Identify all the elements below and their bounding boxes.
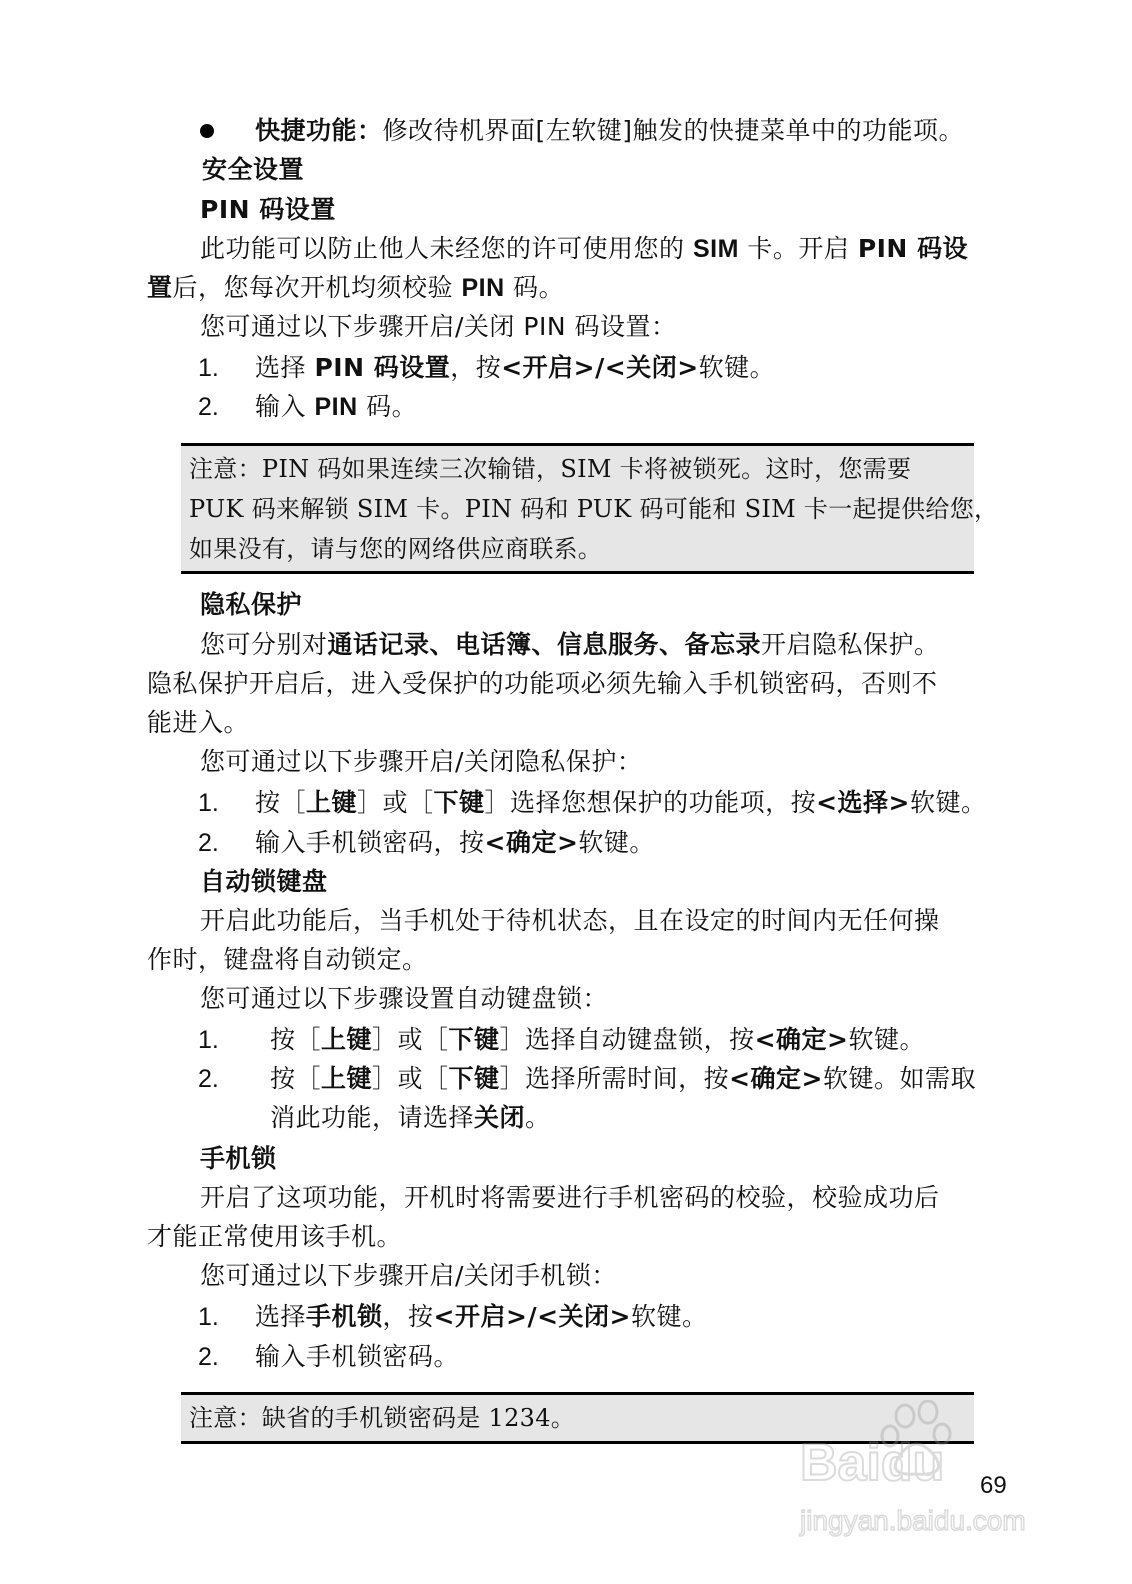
text-bold: 上键 xyxy=(321,1025,372,1054)
privacy-para3: 能进入。 xyxy=(147,706,249,740)
privacy-steps-intro: 您可通过以下步骤开启/关闭隐私保护： xyxy=(200,745,642,779)
bullet-item: 快捷功能：修改待机界面[左软键]触发的快捷菜单中的功能项。 xyxy=(255,114,964,148)
step-number: 1. xyxy=(198,1023,219,1057)
text: 码。 xyxy=(505,273,564,302)
text: 软键。 xyxy=(631,1302,708,1331)
text: ］选择所需时间，按 xyxy=(500,1064,730,1093)
text: ］或［ xyxy=(357,788,434,817)
text-bold: PIN 码设 xyxy=(858,234,968,263)
step-number: 1. xyxy=(198,1300,219,1334)
text: ，按 xyxy=(383,1302,434,1331)
text: ］或［ xyxy=(372,1064,449,1093)
privacy-step1: 按［上键］或［下键］选择您想保护的功能项，按<选择>软键。 xyxy=(255,786,987,820)
text: 后，您每次开机均须校验 xyxy=(173,273,462,302)
step-number: 2. xyxy=(198,390,219,424)
text: 按［ xyxy=(270,1025,321,1054)
autolock-step1: 按［上键］或［下键］选择自动键盘锁，按<确定>软键。 xyxy=(270,1023,925,1057)
text-bold: 上键 xyxy=(306,788,357,817)
step-number: 2. xyxy=(198,826,219,860)
text-bold: 下键 xyxy=(449,1025,500,1054)
text: 选择 xyxy=(255,353,314,382)
text-bold: PIN xyxy=(461,274,504,302)
autolock-para2: 作时，键盘将自动锁定。 xyxy=(147,943,428,977)
privacy-step2: 输入手机锁密码，按<确定>软键。 xyxy=(255,826,655,860)
phonelock-step1: 选择手机锁，按<开启>/<关闭>软键。 xyxy=(255,1300,707,1334)
phonelock-para1: 开启了这项功能，开机时将需要进行手机密码的校验，校验成功后 xyxy=(200,1181,940,1215)
autolock-step2: 按［上键］或［下键］选择所需时间，按<确定>软键。如需取 xyxy=(270,1062,976,1096)
pin-step1: 选择 PIN 码设置，按<开启>/<关闭>软键。 xyxy=(255,351,775,385)
privacy-para2: 隐私保护开启后，进入受保护的功能项必须先输入手机锁密码，否则不 xyxy=(147,667,938,701)
step-number: 1. xyxy=(198,351,219,385)
text: 软键。 xyxy=(578,828,655,857)
pin-note-box: 注意：PIN 码如果连续三次输错，SIM 卡将被锁死。这时，您需要 PUK 码来… xyxy=(181,443,974,574)
text-bold: PIN 码设置 xyxy=(314,353,450,382)
autolock-steps-intro: 您可通过以下步骤设置自动键盘锁： xyxy=(200,982,608,1016)
text-bold: 下键 xyxy=(449,1064,500,1093)
note-line: PUK 码来解锁 SIM 卡。PIN 码和 PUK 码可能和 SIM 卡一起提供… xyxy=(189,492,998,526)
text: 码。 xyxy=(358,392,417,421)
text: ，按 xyxy=(450,353,501,382)
text-bold: 手机锁 xyxy=(306,1302,383,1331)
text-bold: <选择> xyxy=(816,788,910,817)
text: 输入手机锁密码，按 xyxy=(255,828,485,857)
text: 输入 xyxy=(255,392,314,421)
text: 按［ xyxy=(255,788,306,817)
text: ］选择您想保护的功能项，按 xyxy=(485,788,817,817)
autolock-heading: 自动锁键盘 xyxy=(200,865,328,899)
autolock-para1: 开启此功能后，当手机处于待机状态，且在设定的时间内无任何操 xyxy=(200,904,940,938)
pin-para2: 置后，您每次开机均须校验 PIN 码。 xyxy=(147,271,564,305)
text-bold: 下键 xyxy=(434,788,485,817)
text-bold: <确定> xyxy=(729,1064,823,1093)
pin-heading: PIN 码设置 xyxy=(200,193,336,227)
privacy-para1: 您可分别对通话记录、电话簿、信息服务、备忘录开启隐私保护。 xyxy=(200,628,940,662)
privacy-heading: 隐私保护 xyxy=(200,588,302,622)
phonelock-heading: 手机锁 xyxy=(200,1142,277,1176)
text-bold: 置 xyxy=(147,273,173,302)
text: 。 xyxy=(525,1103,551,1132)
text: ］选择自动键盘锁，按 xyxy=(500,1025,755,1054)
text-bold: <确定> xyxy=(485,828,579,857)
step-number: 2. xyxy=(198,1062,219,1096)
text: 您可分别对 xyxy=(200,630,328,659)
autolock-step2-cont: 消此功能，请选择关闭。 xyxy=(270,1101,551,1135)
phonelock-para2: 才能正常使用该手机。 xyxy=(147,1220,402,1254)
text: 开启隐私保护。 xyxy=(761,630,940,659)
phonelock-steps-intro: 您可通过以下步骤开启/关闭手机锁： xyxy=(200,1259,617,1293)
section-title: 安全设置 xyxy=(202,153,304,187)
phonelock-step2: 输入手机锁密码。 xyxy=(255,1340,459,1374)
text: 消此功能，请选择 xyxy=(270,1103,474,1132)
step-number: 1. xyxy=(198,786,219,820)
text: 软键。如需取 xyxy=(823,1064,976,1093)
text: 按［ xyxy=(270,1064,321,1093)
svg-text:jingyan.baidu.com: jingyan.baidu.com xyxy=(799,1505,1026,1536)
pin-steps-intro: 您可通过以下步骤开启/关闭 PIN 码设置： xyxy=(200,310,676,344)
bullet-text: 修改待机界面[左软键]触发的快捷菜单中的功能项。 xyxy=(383,116,965,145)
bullet-label: 快捷功能： xyxy=(255,116,383,145)
text: 软键。 xyxy=(848,1025,925,1054)
page-number: 69 xyxy=(980,1472,1007,1500)
text: 此功能可以防止他人未经您的许可使用您的 xyxy=(200,234,693,263)
text: 软键。 xyxy=(910,788,987,817)
text-bold: <开启>/<关闭> xyxy=(434,1302,631,1331)
note-line: 注意：PIN 码如果连续三次输错，SIM 卡将被锁死。这时，您需要 xyxy=(189,452,911,486)
phonelock-note-box: 注意：缺省的手机锁密码是 1234。 xyxy=(181,1392,974,1444)
text: 选择 xyxy=(255,1302,306,1331)
text-bold: SIM xyxy=(693,235,739,263)
bullet-icon xyxy=(200,124,214,138)
text-bold: <开启>/<关闭> xyxy=(501,353,698,382)
text-bold: 通话记录、电话簿、信息服务、备忘录 xyxy=(328,630,762,659)
note-line: 注意：缺省的手机锁密码是 1234。 xyxy=(189,1401,575,1435)
text-bold: PIN xyxy=(314,393,357,421)
pin-step2: 输入 PIN 码。 xyxy=(255,390,417,424)
pin-para1: 此功能可以防止他人未经您的许可使用您的 SIM 卡。开启 PIN 码设 xyxy=(200,232,968,266)
text-bold: 关闭 xyxy=(474,1103,525,1132)
note-line: 如果没有，请与您的网络供应商联系。 xyxy=(189,532,602,566)
text-bold: 上键 xyxy=(321,1064,372,1093)
text: 卡。开启 xyxy=(739,234,858,263)
text: 软键。 xyxy=(699,353,776,382)
text-bold: <确定> xyxy=(755,1025,849,1054)
text: ］或［ xyxy=(372,1025,449,1054)
step-number: 2. xyxy=(198,1340,219,1374)
